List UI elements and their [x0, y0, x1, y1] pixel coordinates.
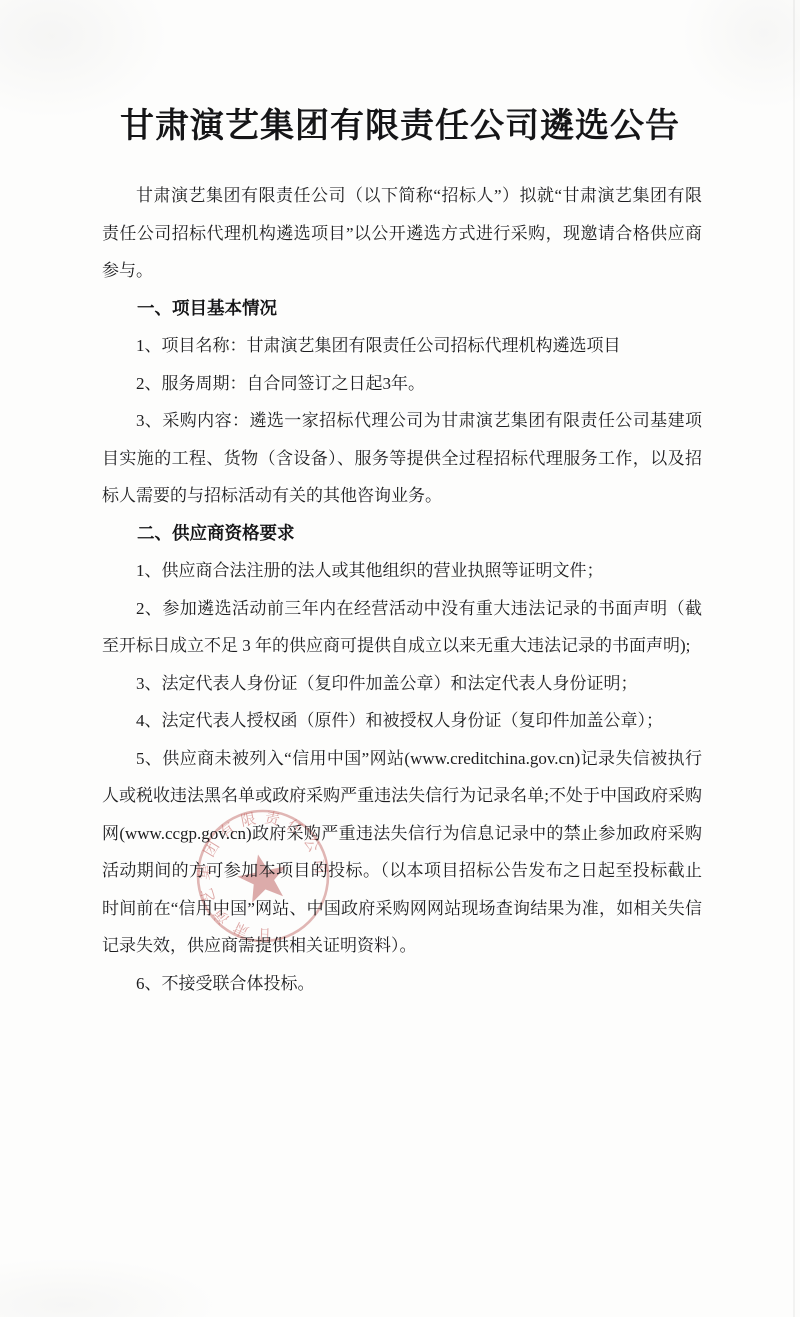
section-heading-1: 一、项目基本情况 — [102, 290, 702, 328]
intro-paragraph: 甘肃演艺集团有限责任公司（以下简称“招标人”）拟就“甘肃演艺集团有限责任公司招标… — [102, 177, 702, 290]
scan-edge-artifact — [793, 0, 795, 1317]
document-title: 甘肃演艺集团有限责任公司遴选公告 — [0, 105, 800, 147]
section-heading-2: 二、供应商资格要求 — [102, 515, 702, 553]
document-body: 甘肃演艺集团有限责任公司（以下简称“招标人”）拟就“甘肃演艺集团有限责任公司招标… — [102, 177, 702, 1002]
list-item: 2、服务周期：自合同签订之日起3年。 — [102, 365, 702, 403]
scan-noise-top-left — [0, 0, 170, 120]
list-item: 3、采购内容：遴选一家招标代理公司为甘肃演艺集团有限责任公司基建项目实施的工程、… — [102, 402, 702, 515]
list-item: 3、法定代表人身份证（复印件加盖公章）和法定代表人身份证明； — [102, 665, 702, 703]
scanned-document-page: 甘肃演艺集团有限责任公司 甘肃演艺集团有限责任公司遴选公告 甘肃演艺集团有限责任… — [0, 0, 800, 1317]
scan-noise-top-right — [680, 0, 800, 110]
list-item: 1、项目名称：甘肃演艺集团有限责任公司招标代理机构遴选项目 — [102, 327, 702, 365]
list-item: 6、不接受联合体投标。 — [102, 965, 702, 1003]
list-item: 5、供应商未被列入“信用中国”网站(www.creditchina.gov.cn… — [102, 740, 702, 965]
list-item: 4、法定代表人授权函（原件）和被授权人身份证（复印件加盖公章）； — [102, 702, 702, 740]
scan-noise-bottom-left — [0, 1257, 220, 1317]
list-item: 2、参加遴选活动前三年内在经营活动中没有重大违法记录的书面声明（截至开标日成立不… — [102, 590, 702, 665]
list-item: 1、供应商合法注册的法人或其他组织的营业执照等证明文件； — [102, 552, 702, 590]
